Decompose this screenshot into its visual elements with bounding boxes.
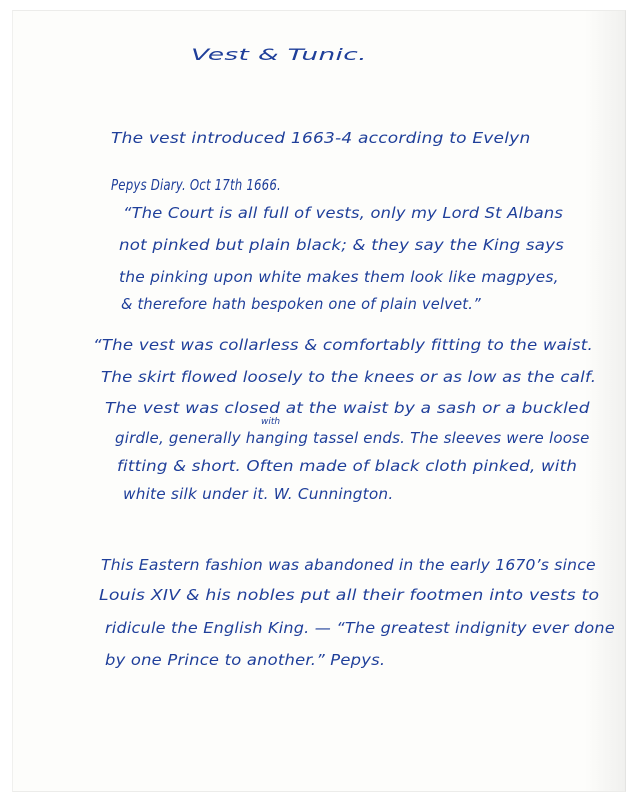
intro-line: The vest introduced 1663-4 according to … [111,129,530,147]
closing-line: This Eastern fashion was abandoned in th… [101,556,596,574]
quote-line: “The Court is all full of vests, only my… [123,204,563,222]
closing-line: ridicule the English King. — “The greate… [105,619,615,637]
closing-line: Louis XIV & his nobles put all their foo… [99,586,599,604]
quote-line: the pinking upon white makes them look l… [119,268,559,286]
description-line: white silk under it. W. Cunnington. [123,485,393,503]
description-line: girdle, generally hanging tassel ends. T… [115,429,590,447]
insertion-mark: with [261,417,280,427]
description-line: The skirt flowed loosely to the knees or… [101,368,596,386]
quote-line: not pinked but plain black; & they say t… [119,236,564,254]
document-title: Vest & Tunic. [191,45,367,64]
source-heading: Pepys Diary. Oct 17th 1666. [111,176,281,194]
quote-line: & therefore hath bespoken one of plain v… [121,295,481,313]
closing-line: by one Prince to another.” Pepys. [105,651,385,669]
description-line: The vest was closed at the waist by a sa… [105,399,590,417]
description-line: “The vest was collarless & comfortably f… [93,336,593,354]
scanned-page: Vest & Tunic. The vest introduced 1663-4… [12,10,626,792]
page-edge-shadow [585,11,625,791]
description-line: fitting & short. Often made of black clo… [117,457,577,475]
